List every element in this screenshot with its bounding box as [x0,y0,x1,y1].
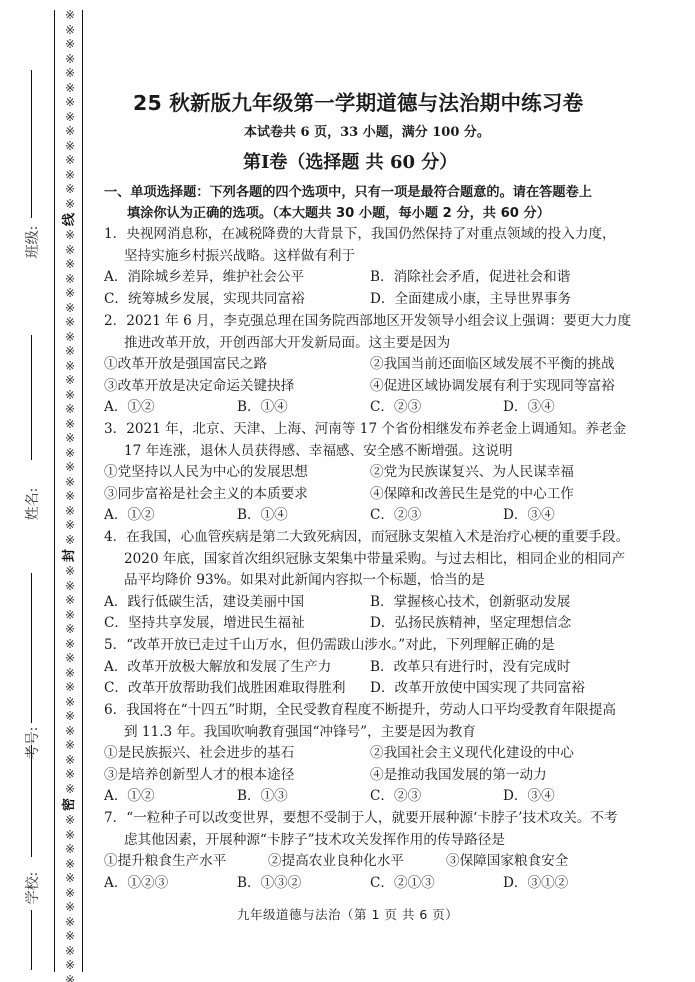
seal-mark-icon: ※ [65,782,75,797]
seal-mark-icon: ※ [65,402,75,417]
seal-mark-icon: ※ [65,958,75,973]
seal-mark-icon: ※ [65,95,75,110]
seal-mark-icon: ※ [65,417,75,432]
seal-mark-icon: ※ [65,344,75,359]
exam-subtitle: 本试卷共 6 页，33 小题，满分 100 分。 [244,121,490,140]
q5-option-b[interactable]: B．改革只有进行时，没有完成时 [370,657,570,677]
seal-mark-icon: ※ [65,593,75,608]
seal-mark-icon: ※ [65,973,75,982]
seal-mark-icon: ※ [65,929,75,944]
q4-option-b[interactable]: B．掌握核心技术，创新驱动发展 [370,592,570,612]
name-field-label: 姓名: [22,482,42,526]
q6-option-d[interactable]: D．③④ [503,786,555,806]
seal-mark-icon: ※ [65,66,75,81]
seal-mark-icon: ※ [65,724,75,739]
seal-mark-icon: ※ [65,767,75,782]
seal-mark-icon: ※ [65,315,75,330]
q7-option-c[interactable]: C．②①③ [370,873,435,893]
q5-option-c[interactable]: C．改革开放帮助我们战胜困难取得胜利 [104,678,346,698]
q2-option-b[interactable]: B．①④ [237,397,288,417]
q4-stem-line3: 品平均降价 93%。如果对此新闻内容拟一个标题，恰当的是 [124,570,485,590]
seal-mark-icon: ※ [65,564,75,579]
q1-stem-line2: 坚持实施乡村振兴战略。这样做有利于 [124,246,355,266]
section-instruction-line1: 一、单项选择题：下列各题的四个选项中，只有一项是最符合题意的。请在答题卷上 [104,183,592,203]
q3-stem-line1: 3．2021 年，北京、天津、上海、河南等 17 个省份相继发布养老金上调通知。… [104,419,626,439]
q3-option-c[interactable]: C．②③ [370,505,421,525]
seal-mark-icon: ※ [65,871,75,886]
seal-mark-icon: ※ [65,8,75,23]
q3-statement-2: ②党为民族谋复兴、为人民谋幸福 [370,462,574,482]
q6-option-c[interactable]: C．②③ [370,786,421,806]
q6-statement-4: ④是推动我国发展的第一动力 [370,765,547,785]
q7-option-a[interactable]: A．①②③ [104,873,168,893]
q7-statement-2: ②提高农业良种化水平 [268,851,404,871]
seal-mark-icon: ※ [65,110,75,125]
seal-mark-icon: ※ [65,197,75,212]
q6-stem-line1: 6．我国将在“十四五”时期，全民受教育程度不断提升，劳动人口平均受教育年限提高 [104,700,616,720]
exam-number-field-line[interactable] [31,745,32,857]
seal-mark-icon: ※ [65,695,75,710]
seal-mark-icon: ※ [65,680,75,695]
seal-mark-icon: ※ [65,431,75,446]
q6-option-a[interactable]: A．①② [104,786,155,806]
q1-option-b[interactable]: B．消除社会矛盾，促进社会和谐 [370,267,570,287]
seal-marks-column: ※※※※※※※※※※※※※※线※※※※※※※※※※※※※※※※※※※※※※封※※… [59,8,81,973]
exam-title: 25 秋新版九年级第一学期道德与法治期中练习卷 [133,86,583,116]
q4-stem-line1: 4．在我国，心血管疾病是第二大致死病因，而冠脉支架植入术是治疗心梗的重要手段。 [104,527,629,547]
q5-option-d[interactable]: D．改革开放使中国实现了共同富裕 [370,678,585,698]
seal-mark-icon: ※ [65,272,75,287]
binding-line-left [54,10,55,972]
seal-mark-icon: ※ [65,709,75,724]
q3-statement-1: ①党坚持以人民为中心的发展思想 [104,462,308,482]
seal-mark-icon: ※ [65,842,75,857]
section-instruction-line2: 填涂你认为正确的选项。（本大题共 30 小题，每小题 2 分，共 60 分） [127,204,550,224]
class-field-line[interactable] [31,70,32,218]
q7-statement-1: ①提升粮食生产水平 [104,851,226,871]
seal-mark-icon: ※ [65,738,75,753]
q2-statement-2: ②我国当前还面临区域发展不平衡的挑战 [370,354,615,374]
q4-option-d[interactable]: D．弘扬民族精神，坚定理想信念 [370,613,571,633]
seal-mark-icon: ※ [65,243,75,258]
seal-mark-icon: ※ [65,753,75,768]
q7-stem-line2: 虑其他因素，开展种源“卡脖子”技术攻关发挥作用的传导路径是 [124,830,505,850]
seal-char-line: 线 [61,213,78,226]
seal-mark-icon: ※ [65,153,75,168]
seal-mark-icon: ※ [65,81,75,96]
q4-stem-line2: 2020 年底，国家首次组织冠脉支架集中带量采购。与过去相比，相同企业的相同产 [124,549,625,569]
q5-option-a[interactable]: A．改革开放极大解放和发展了生产力 [104,657,331,677]
seal-mark-icon: ※ [65,857,75,872]
seal-mark-icon: ※ [65,257,75,272]
seal-mark-icon: ※ [65,182,75,197]
binding-line-right [82,10,83,972]
q4-option-c[interactable]: C．坚持共享发展，增进民生福祉 [104,613,305,633]
q1-stem-line1: 1．央视网消息称，在减税降费的大背景下，我国仍然保持了对重点领域的投入力度， [104,224,616,244]
q2-stem-line2: 推进改革开放，开创西部大开发新局面。这主要是因为 [124,333,450,353]
seal-mark-icon: ※ [65,608,75,623]
q1-option-a[interactable]: A．消除城乡差异，维护社会公平 [104,267,304,287]
q7-statement-3: ③保障国家粮食安全 [446,851,568,871]
seal-mark-icon: ※ [65,915,75,930]
q3-option-d[interactable]: D．③④ [503,505,555,525]
seal-mark-icon: ※ [65,301,75,316]
seal-mark-icon: ※ [65,330,75,345]
q6-option-b[interactable]: B．①③ [237,786,288,806]
q2-option-d[interactable]: D．③④ [503,397,555,417]
seal-mark-icon: ※ [65,533,75,548]
seal-mark-icon: ※ [65,813,75,828]
class-field-label: 班级: [22,220,42,264]
q2-statement-1: ①改革开放是强国富民之路 [104,354,267,374]
seal-mark-icon: ※ [65,944,75,959]
binding-strip: ※※※※※※※※※※※※※※线※※※※※※※※※※※※※※※※※※※※※※封※※… [0,0,95,982]
q5-stem-line1: 5．“改革开放已走过千山万水，但仍需跋山涉水。”对此，下列理解正确的是 [104,635,555,655]
q7-stem-line1: 7．“一粒种子可以改变世界，要想不受制于人，就要开展种源‘卡脖子’技术攻关。不考 [104,808,618,828]
part-title: 第Ⅰ卷（选择题 共 60 分） [243,148,457,174]
q2-statement-3: ③改革开放是决定命运关键抉择 [104,376,294,396]
seal-mark-icon: ※ [65,579,75,594]
q3-option-a[interactable]: A．①② [104,505,155,525]
q7-option-d[interactable]: D．③①② [503,873,568,893]
seal-mark-icon: ※ [65,651,75,666]
seal-mark-icon: ※ [65,504,75,519]
school-field-label: 学校: [22,866,42,910]
seal-mark-icon: ※ [65,489,75,504]
seal-mark-icon: ※ [65,828,75,843]
seal-mark-icon: ※ [65,622,75,637]
seal-mark-icon: ※ [65,518,75,533]
seal-mark-icon: ※ [65,900,75,915]
q4-option-a[interactable]: A．践行低碳生活，建设美丽中国 [104,592,304,612]
seal-mark-icon: ※ [65,446,75,461]
q6-statement-2: ②我国社会主义现代化建设的中心 [370,743,574,763]
seal-mark-icon: ※ [65,52,75,67]
q6-statement-3: ③是培养创新型人才的根本途径 [104,765,294,785]
q7-option-b[interactable]: B．①③② [237,873,301,893]
q3-statement-4: ④保障和改善民生是党的中心工作 [370,484,574,504]
seal-mark-icon: ※ [65,460,75,475]
seal-mark-icon: ※ [65,373,75,388]
seal-mark-icon: ※ [65,168,75,183]
seal-mark-icon: ※ [65,228,75,243]
school-field-line[interactable] [31,910,32,970]
seal-mark-icon: ※ [65,637,75,652]
q3-statement-3: ③同步富裕是社会主义的本质要求 [104,484,308,504]
q2-statement-4: ④促进区域协调发展有利于实现同等富裕 [370,376,615,396]
seal-char-seal: 封 [61,549,78,562]
q1-option-d[interactable]: D．全面建成小康，主导世界事务 [370,289,571,309]
seal-mark-icon: ※ [65,37,75,52]
q6-stem-line2: 到 11.3 年。我国吹响教育强国“冲锋号”，主要是因为教育 [124,722,476,742]
q3-stem-line2: 17 年连涨，退休人员获得感、幸福感、安全感不断增强。这说明 [124,441,513,461]
seal-mark-icon: ※ [65,286,75,301]
q6-statement-1: ①是民族振兴、社会进步的基石 [104,743,294,763]
q2-option-c[interactable]: C．②③ [370,397,421,417]
seal-mark-icon: ※ [65,359,75,374]
seal-mark-icon: ※ [65,666,75,681]
q2-option-a[interactable]: A．①② [104,397,155,417]
seal-mark-icon: ※ [65,23,75,38]
q2-stem-line1: 2．2021 年 6 月，李克强总理在国务院西部地区开发领导小组会议上强调：要更… [104,311,631,331]
seal-mark-icon: ※ [65,139,75,154]
seal-mark-icon: ※ [65,886,75,901]
q1-option-c[interactable]: C．统筹城乡发展，实现共同富裕 [104,289,305,309]
name-field-line-lower[interactable] [31,573,32,723]
name-field-line-upper[interactable] [31,335,32,460]
page-footer: 九年级道德与法治（第 1 页 共 6 页） [237,905,458,923]
seal-mark-icon: ※ [65,388,75,403]
seal-mark-icon: ※ [65,475,75,490]
seal-mark-icon: ※ [65,124,75,139]
seal-char-secret: 密 [61,798,78,811]
q3-option-b[interactable]: B．①④ [237,505,288,525]
